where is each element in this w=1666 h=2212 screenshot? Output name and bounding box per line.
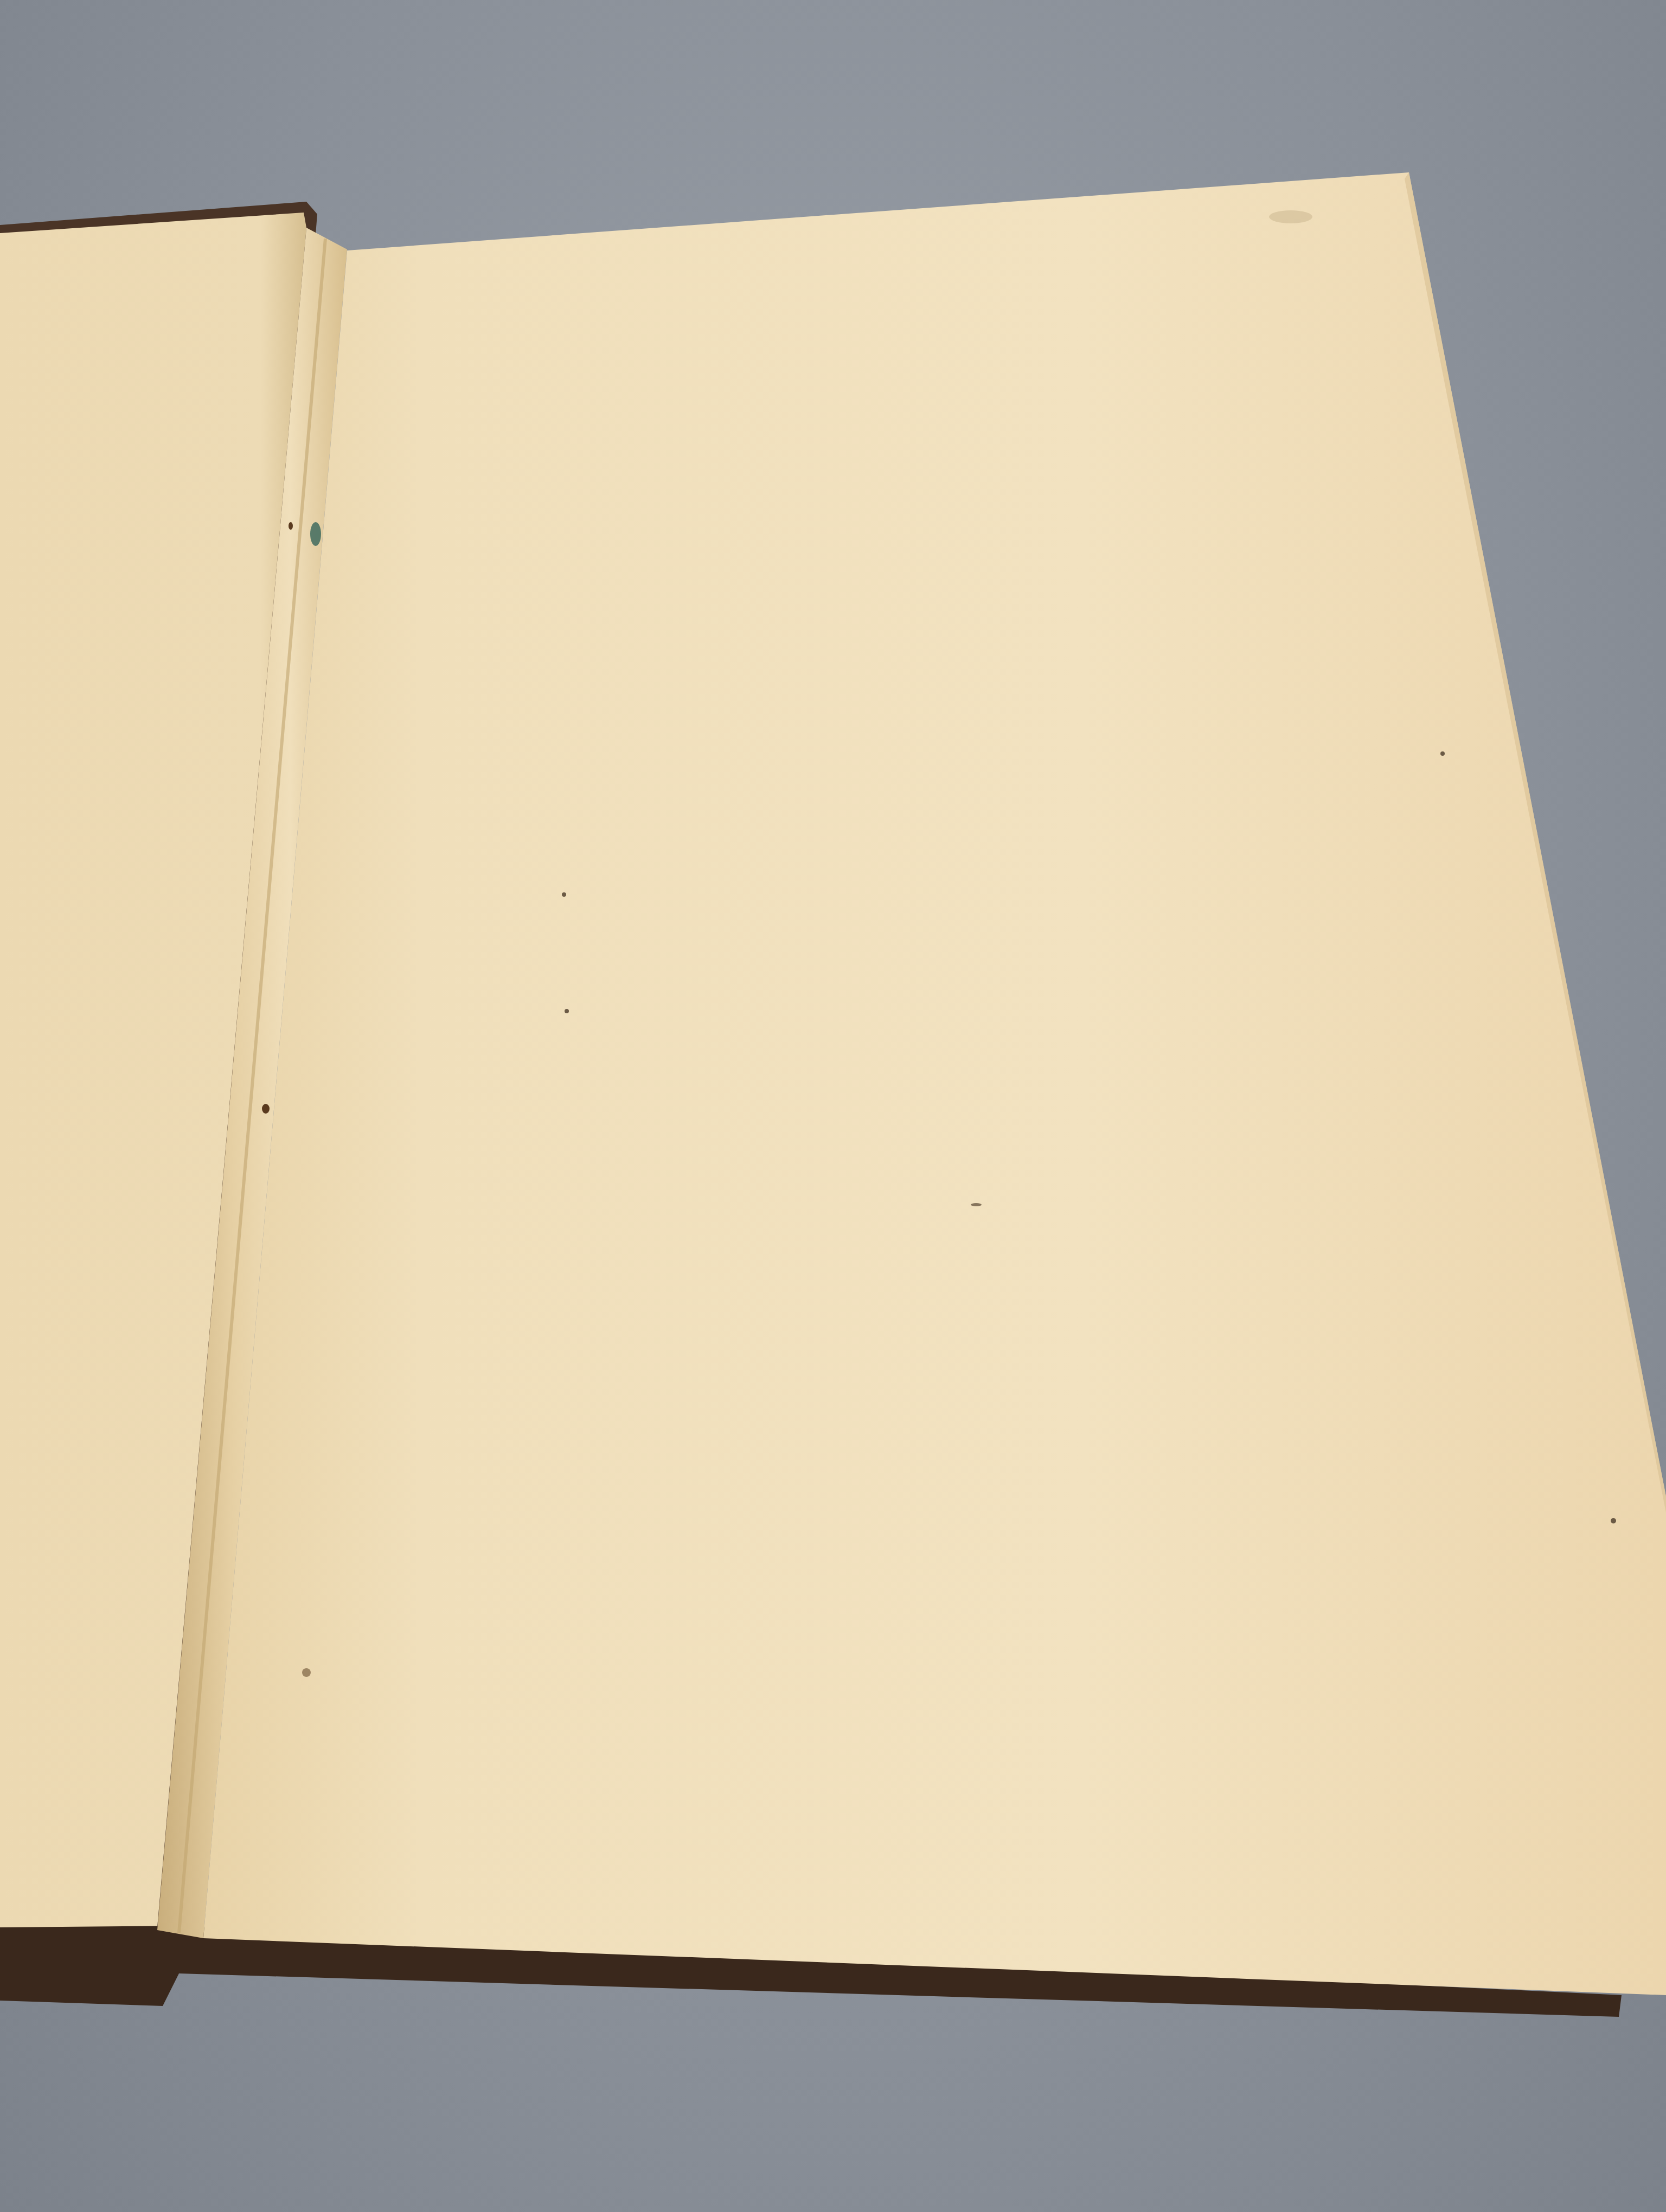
speck <box>971 1203 982 1206</box>
brown-speck <box>302 1668 311 1677</box>
speck <box>1440 751 1445 756</box>
photo-scene <box>0 0 1666 2212</box>
open-book <box>0 0 1666 2212</box>
green-smudge <box>310 522 321 546</box>
right-page <box>203 172 1666 1995</box>
speck <box>565 1009 569 1013</box>
speck <box>1611 1518 1616 1523</box>
faint-smudge <box>1269 210 1312 223</box>
brown-speck <box>262 1104 270 1114</box>
speck <box>562 892 566 897</box>
brown-speck <box>289 522 293 530</box>
